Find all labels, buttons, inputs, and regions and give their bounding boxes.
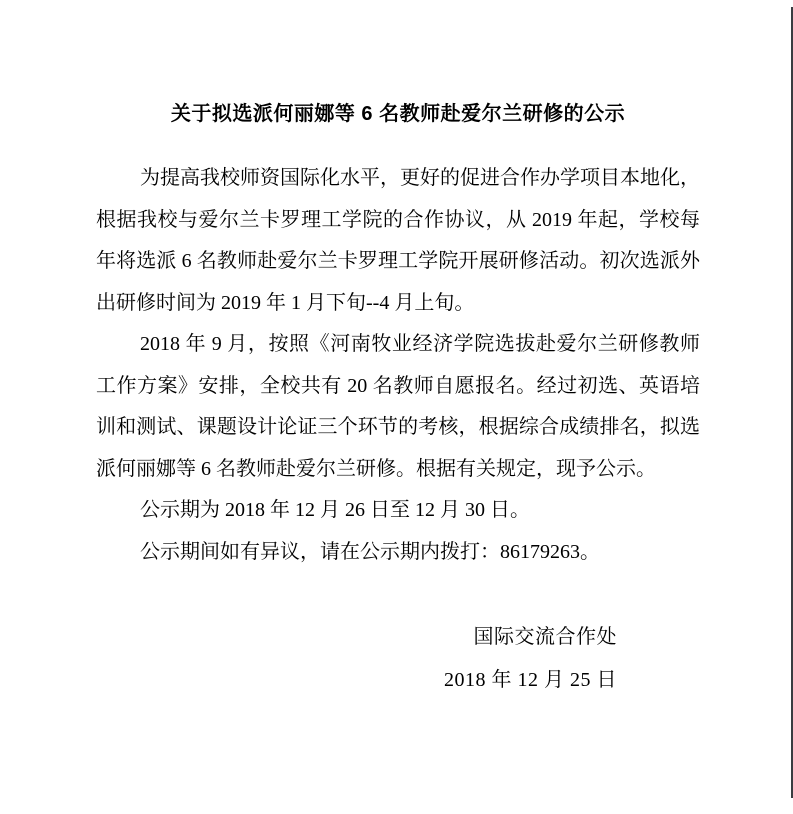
paragraph-intro: 为提高我校师资国际化水平，更好的促进合作办学项目本地化，根据我校与爱尔兰卡罗理工… (96, 158, 700, 324)
document-content: 关于拟选派何丽娜等 6 名教师赴爱尔兰研修的公示 为提高我校师资国际化水平，更好… (96, 0, 700, 573)
document-title: 关于拟选派何丽娜等 6 名教师赴爱尔兰研修的公示 (96, 101, 700, 127)
paragraph-contact-phone: 公示期间如有异议，请在公示期内拨打：86179263。 (96, 532, 700, 574)
document-page: 关于拟选派何丽娜等 6 名教师赴爱尔兰研修的公示 为提高我校师资国际化水平，更好… (0, 0, 793, 814)
paragraph-selection-process: 2018 年 9 月，按照《河南牧业经济学院选拔赴爱尔兰研修教师工作方案》安排，… (96, 324, 700, 490)
signature-block: 国际交流合作处 2018 年 12 月 25 日 (96, 616, 617, 702)
signature-date: 2018 年 12 月 25 日 (96, 659, 617, 702)
paragraph-publicity-period: 公示期为 2018 年 12 月 26 日至 12 月 30 日。 (96, 490, 700, 532)
document-body: 为提高我校师资国际化水平，更好的促进合作办学项目本地化，根据我校与爱尔兰卡罗理工… (96, 158, 700, 573)
signature-organization: 国际交流合作处 (96, 616, 617, 659)
